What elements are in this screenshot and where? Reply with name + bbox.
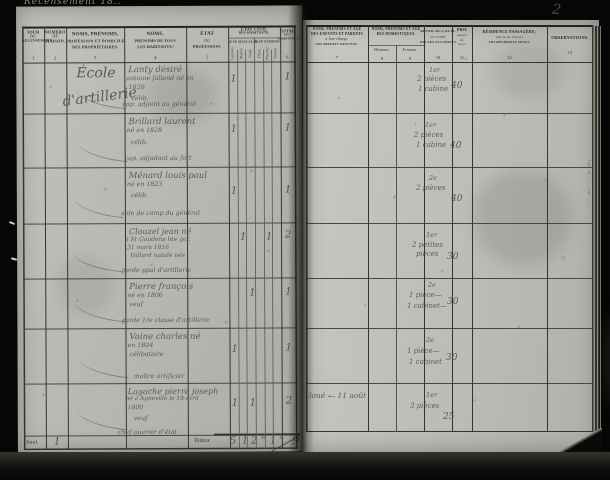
col-number: 6 [278, 54, 296, 59]
col-number: 5 [186, 55, 228, 60]
col-header-domestiques: NOMS, PRÉNOMS ET AGEDES DOMESTIQUES. [368, 28, 424, 37]
rent-price: 30 [447, 298, 458, 307]
tally-mark: 1 [232, 398, 238, 409]
col-number: 13 [547, 50, 593, 55]
profession: garde ppal d'artillerie [121, 268, 191, 275]
local-detail: 2 pièces [417, 76, 446, 83]
rent-price: 40 [451, 195, 462, 204]
tally-mark: 1 [266, 232, 272, 243]
habitant-detail: veuf [129, 302, 143, 308]
col-number: 7 [306, 55, 368, 60]
habitant-detail: Vallard natale née [130, 253, 185, 259]
col-number: 8 [368, 56, 396, 61]
habitant-name: Lagache pierre joseph [128, 388, 219, 396]
habitant-detail: né en 1828 [127, 128, 163, 134]
habitant-detail: veuf [134, 416, 148, 422]
tally-mark: 1 [240, 232, 246, 243]
col-header-etat-civil: ÉTAT CIVILDES HABITANTS. [228, 27, 280, 35]
col-number: 10 [424, 55, 452, 60]
row-total: 2 [286, 395, 292, 406]
habitant-detail: en 1804 [127, 343, 153, 349]
habitant-detail: célib. [131, 193, 148, 199]
col-header-residence: RÉSIDENCE PASSAGÈRE;(durée du séjour)LES… [472, 30, 547, 45]
binding-stitch [11, 257, 17, 260]
row-total: 1 [285, 184, 291, 195]
habitant-detail: célib. [131, 140, 148, 146]
row-total: 1 [285, 286, 291, 297]
total-label-left: Total. [26, 441, 39, 446]
page-corner-fold [556, 428, 602, 454]
col-number: 9 [396, 56, 424, 61]
rent-price: 30 [447, 253, 458, 262]
col-header-observations: OBSERVATIONS. [547, 36, 593, 40]
profession: chef ouvrier d'état [118, 430, 177, 437]
register-right-page: NOMS, PRÉNOMS ET AGEDES ENFANTS ET PAREN… [303, 20, 599, 452]
habitant-name: Ménard louis paul [129, 172, 207, 181]
row-total: 1 [285, 122, 291, 133]
habitant-name: Clouzel jean né [129, 228, 191, 236]
habitant-detail: antoine fallend né en [126, 76, 193, 83]
col-number: 4 [124, 55, 186, 60]
scanned-register-view: Recensement 18.. JOURDURECENSEMENT. 1 NU… [0, 0, 610, 480]
col-header-jour: JOURDURECENSEMENT. [22, 31, 44, 43]
totaux-label: Totaux [194, 439, 210, 445]
total-femmes: 1 [270, 435, 276, 446]
col-number: 3 [66, 55, 124, 60]
page-number: 2 [551, 1, 562, 18]
total-veufs: 2 [251, 436, 257, 447]
habitant-detail: né à Agneville le 19 avril [126, 397, 199, 403]
col-number: 2 [44, 55, 66, 60]
subcol-garcons: Garçons [230, 47, 234, 61]
printer-imprint: Imp. de ——, rue —— [587, 160, 592, 206]
subcol-veuves: Veuves [273, 46, 277, 60]
local-detail: 1 cabine [416, 142, 446, 149]
tally-mark: 1 [231, 124, 237, 135]
habitant-detail: 31 mars 1816 [127, 245, 169, 251]
row-total: 2 [285, 229, 291, 240]
tally-mark: 1 [231, 186, 237, 197]
local-detail: 2 pièces [414, 132, 443, 139]
local-floor: 1er [425, 122, 436, 129]
col-header-profession: ÉTATOUPROFESSION. [186, 32, 228, 49]
col-header-dom-femmes: Femmes. [396, 49, 424, 53]
scan-black-margin-bottom [0, 452, 610, 480]
local-floor: 1er [426, 232, 437, 239]
register-left-page: JOURDURECENSEMENT. 1 NUMÉRODEMAISON. 2 N… [16, 5, 304, 452]
subcol-mariees: Mariées [265, 47, 269, 61]
col-header-numero: NUMÉRODEMAISON. [44, 30, 66, 43]
binding-stitch [9, 221, 15, 225]
habitant-detail: 1826 [128, 84, 145, 91]
habitant-detail: né en 1806 [127, 293, 163, 299]
paper-stain [603, 300, 610, 420]
habitant-detail: 1800 [128, 405, 143, 411]
habitant-detail: né en 1823 [127, 182, 163, 188]
col-number: 1 [22, 56, 44, 61]
habitant-name: Pierre françois [129, 283, 193, 292]
rent-price: 40 [451, 82, 462, 91]
habitant-detail: célibataire [130, 352, 164, 358]
col-header-detail-local: DÉTAIL DU LOCALOCCUPÉPAR LES OCCUPANTS. [420, 30, 456, 44]
local-detail: pièces [416, 251, 439, 258]
col-header-sexe-masculin: SEXE MASCULIN. [228, 41, 254, 44]
grand-total: 9 [292, 433, 300, 447]
tally-mark: 1 [249, 288, 255, 299]
tally-mark: 1 [250, 398, 256, 409]
total-garcons: 5 [230, 436, 236, 447]
local-detail: 1 pièce— [407, 348, 440, 355]
total-maisons: 1 [54, 436, 60, 447]
local-detail: 2 pièces [416, 185, 445, 192]
subcol-filles: Filles [257, 47, 261, 61]
habitant-name: Brillard laurent [129, 118, 196, 127]
local-floor: 2e [426, 337, 434, 344]
habitant-name: Lanty désiré [128, 66, 182, 75]
local-detail: 1 cabinet [409, 359, 442, 366]
total-maries: 1 [242, 436, 248, 447]
col-number: 11 [452, 55, 472, 60]
profession: maître artificier [134, 374, 185, 381]
row-total: 1 [284, 71, 290, 82]
profession: cap. adjudant au fort [125, 156, 192, 163]
habitant-name: Vaine charles né [129, 333, 200, 342]
local-detail: 1 cabine [418, 86, 448, 93]
rent-price: 40 [450, 142, 461, 151]
local-floor: 1er [429, 67, 440, 74]
rent-price: 30 [446, 354, 457, 363]
col-header-enfants: NOMS, PRÉNOMS ET AGEDES ENFANTS ET PAREN… [306, 28, 368, 46]
proprietaire-name: École [76, 66, 115, 80]
local-detail: 1 pièce— [409, 292, 442, 299]
row-total: 1 [285, 342, 291, 353]
rent-price: 25 [443, 413, 454, 422]
local-floor: 2e [429, 175, 437, 182]
local-floor: 2e [428, 282, 436, 289]
col-header-proprietaires: NOMS, PRÉNOMS,PROFESSION ET DOMICILEDES … [66, 32, 124, 49]
profession: cap. adjoint au général [122, 102, 196, 109]
rental-note: loué — 11 août [309, 392, 366, 400]
tally-mark: 1 [232, 344, 238, 355]
col-header-sexe-feminin: SEXE FÉMININ. [254, 40, 280, 43]
local-detail: 1 cabinet— [407, 303, 447, 310]
col-number: 12 [472, 55, 547, 60]
habitant-detail: à St Gaudens hte gar. [125, 237, 191, 243]
subcol-veufs: Veufs [248, 47, 252, 61]
col-header-prix: PRIXannuel duloyer. [452, 29, 472, 46]
col-header-dom-hommes: Hommes. [368, 49, 396, 53]
profession: aide de camp du général [121, 211, 200, 218]
local-floor: 1er [426, 392, 437, 399]
total-filles: " [261, 436, 266, 447]
tally-mark: 1 [230, 74, 236, 85]
subcol-maries: Mariés [239, 47, 243, 61]
local-detail: 3 pièces [410, 403, 439, 410]
col-header-habitants: NOMS,PRÉNOMS DE TOUSLES HABITANTS. [124, 32, 186, 49]
local-detail: 2 petites [412, 242, 443, 249]
page-stack-edge [594, 26, 601, 450]
col-header-total: TOTALDESHABITANTS. [278, 29, 296, 40]
profession: garde 1re classe d'artillerie [121, 318, 209, 325]
